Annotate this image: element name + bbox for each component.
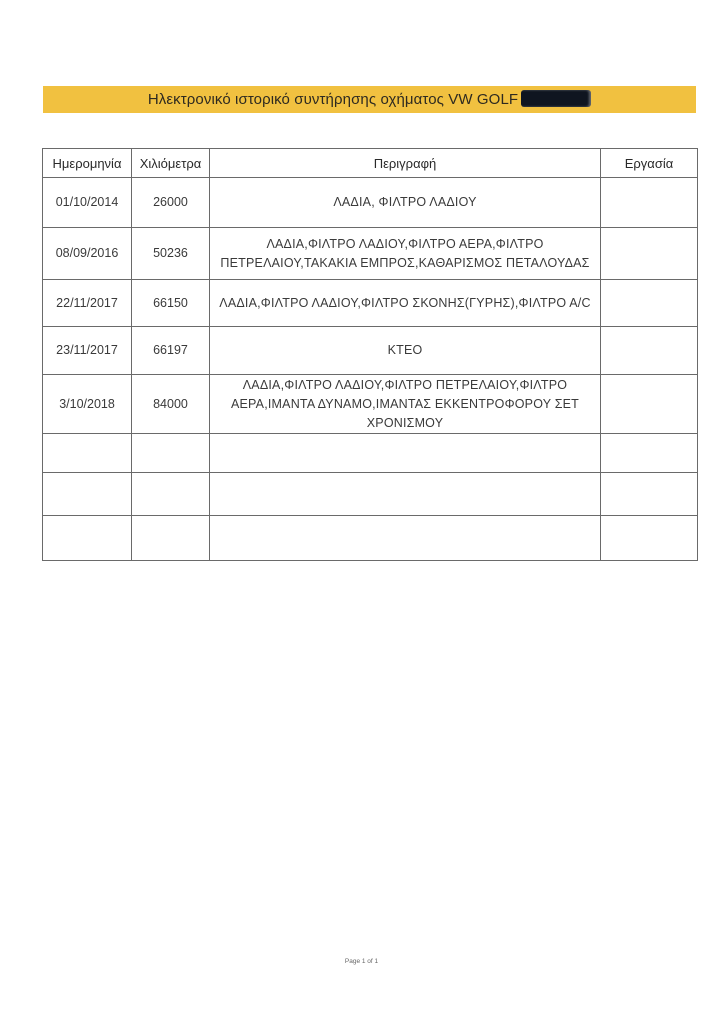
cell-description: ΛΑΔΙΑ, ΦΙΛΤΡΟ ΛΑΔΙΟΥ	[210, 178, 601, 228]
table-header-row: Ημερομηνία Χιλιόμετρα Περιγραφή Εργασία	[43, 149, 698, 178]
cell-work	[601, 375, 698, 434]
empty-cell	[132, 473, 210, 516]
empty-cell	[210, 434, 601, 473]
table-row: 3/10/2018 84000 ΛΑΔΙΑ,ΦΙΛΤΡΟ ΛΑΔΙΟΥ,ΦΙΛΤ…	[43, 375, 698, 434]
empty-table-row	[43, 516, 698, 561]
cell-description: ΛΑΔΙΑ,ΦΙΛΤΡΟ ΛΑΔΙΟΥ,ΦΙΛΤΡΟ ΑΕΡΑ,ΦΙΛΤΡΟ Π…	[210, 228, 601, 280]
empty-cell	[601, 516, 698, 561]
cell-date: 01/10/2014	[43, 178, 132, 228]
empty-cell	[601, 473, 698, 516]
empty-table-row	[43, 473, 698, 516]
column-header-description: Περιγραφή	[210, 149, 601, 178]
empty-cell	[601, 434, 698, 473]
maintenance-history-table: Ημερομηνία Χιλιόμετρα Περιγραφή Εργασία …	[42, 148, 698, 561]
document-title: Ηλεκτρονικό ιστορικό συντήρησης οχήματος…	[148, 91, 591, 109]
empty-cell	[210, 516, 601, 561]
table-row: 22/11/2017 66150 ΛΑΔΙΑ,ΦΙΛΤΡΟ ΛΑΔΙΟΥ,ΦΙΛ…	[43, 280, 698, 327]
cell-km: 50236	[132, 228, 210, 280]
cell-km: 66197	[132, 327, 210, 375]
cell-km: 26000	[132, 178, 210, 228]
table-row: 23/11/2017 66197 ΚΤΕΟ	[43, 327, 698, 375]
page-number: Page 1 of 1	[0, 958, 723, 965]
cell-description: ΛΑΔΙΑ,ΦΙΛΤΡΟ ΛΑΔΙΟΥ,ΦΙΛΤΡΟ ΠΕΤΡΕΛΑΙΟΥ,ΦΙ…	[210, 375, 601, 434]
cell-date: 08/09/2016	[43, 228, 132, 280]
cell-work	[601, 327, 698, 375]
table-row: 08/09/2016 50236 ΛΑΔΙΑ,ΦΙΛΤΡΟ ΛΑΔΙΟΥ,ΦΙΛ…	[43, 228, 698, 280]
empty-cell	[43, 516, 132, 561]
cell-description: ΛΑΔΙΑ,ΦΙΛΤΡΟ ΛΑΔΙΟΥ,ΦΙΛΤΡΟ ΣΚΟΝΗΣ(ΓΥΡΗΣ)…	[210, 280, 601, 327]
table-row: 01/10/2014 26000 ΛΑΔΙΑ, ΦΙΛΤΡΟ ΛΑΔΙΟΥ	[43, 178, 698, 228]
cell-km: 66150	[132, 280, 210, 327]
cell-date: 23/11/2017	[43, 327, 132, 375]
title-banner: Ηλεκτρονικό ιστορικό συντήρησης οχήματος…	[43, 86, 696, 113]
column-header-km: Χιλιόμετρα	[132, 149, 210, 178]
cell-km: 84000	[132, 375, 210, 434]
empty-table-row	[43, 434, 698, 473]
cell-date: 3/10/2018	[43, 375, 132, 434]
cell-description: ΚΤΕΟ	[210, 327, 601, 375]
cell-work	[601, 280, 698, 327]
empty-cell	[43, 434, 132, 473]
empty-cell	[43, 473, 132, 516]
column-header-date: Ημερομηνία	[43, 149, 132, 178]
empty-cell	[132, 434, 210, 473]
cell-work	[601, 178, 698, 228]
cell-work	[601, 228, 698, 280]
redacted-plate	[521, 90, 591, 107]
empty-cell	[132, 516, 210, 561]
column-header-work: Εργασία	[601, 149, 698, 178]
title-text: Ηλεκτρονικό ιστορικό συντήρησης οχήματος…	[148, 91, 518, 108]
empty-cell	[210, 473, 601, 516]
cell-date: 22/11/2017	[43, 280, 132, 327]
